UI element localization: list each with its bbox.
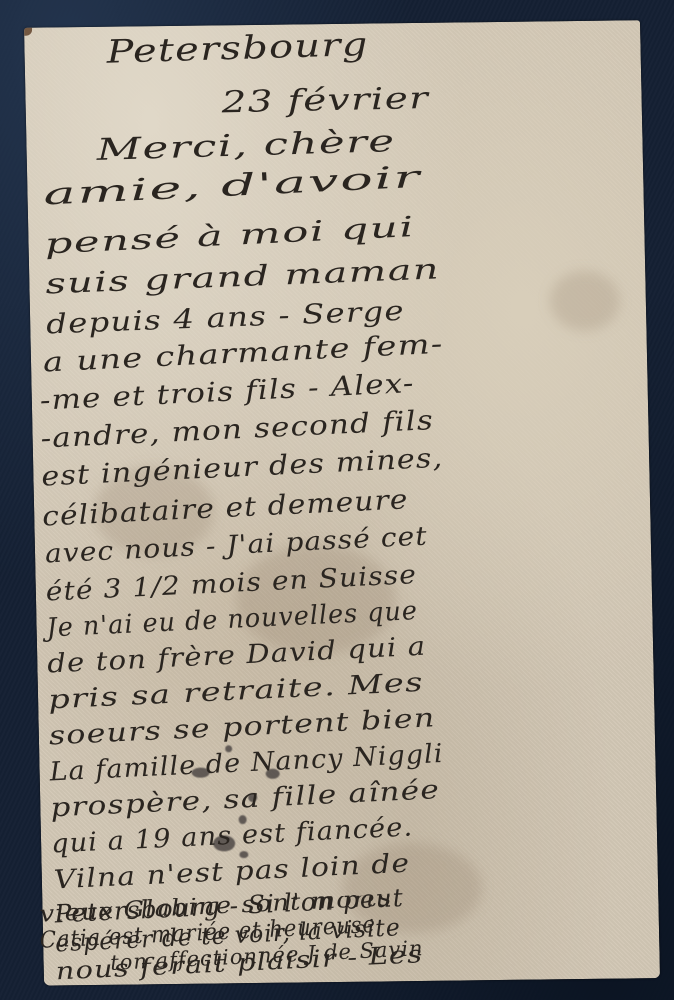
corner-stain — [24, 28, 32, 36]
place-heading: Petersbourg — [106, 25, 369, 71]
salutation: Merci, chère — [96, 124, 396, 168]
text-line: suis grand maman — [45, 252, 441, 300]
postcard-bottom-text: vieux Glabine sont morts Catia est marié… — [39, 892, 650, 989]
water-stain — [549, 271, 620, 332]
text-line: pensé à moi qui — [44, 210, 416, 260]
postcard: Petersbourg 23 février Merci, chère amie… — [24, 20, 660, 985]
date-heading: 23 février — [221, 81, 429, 120]
